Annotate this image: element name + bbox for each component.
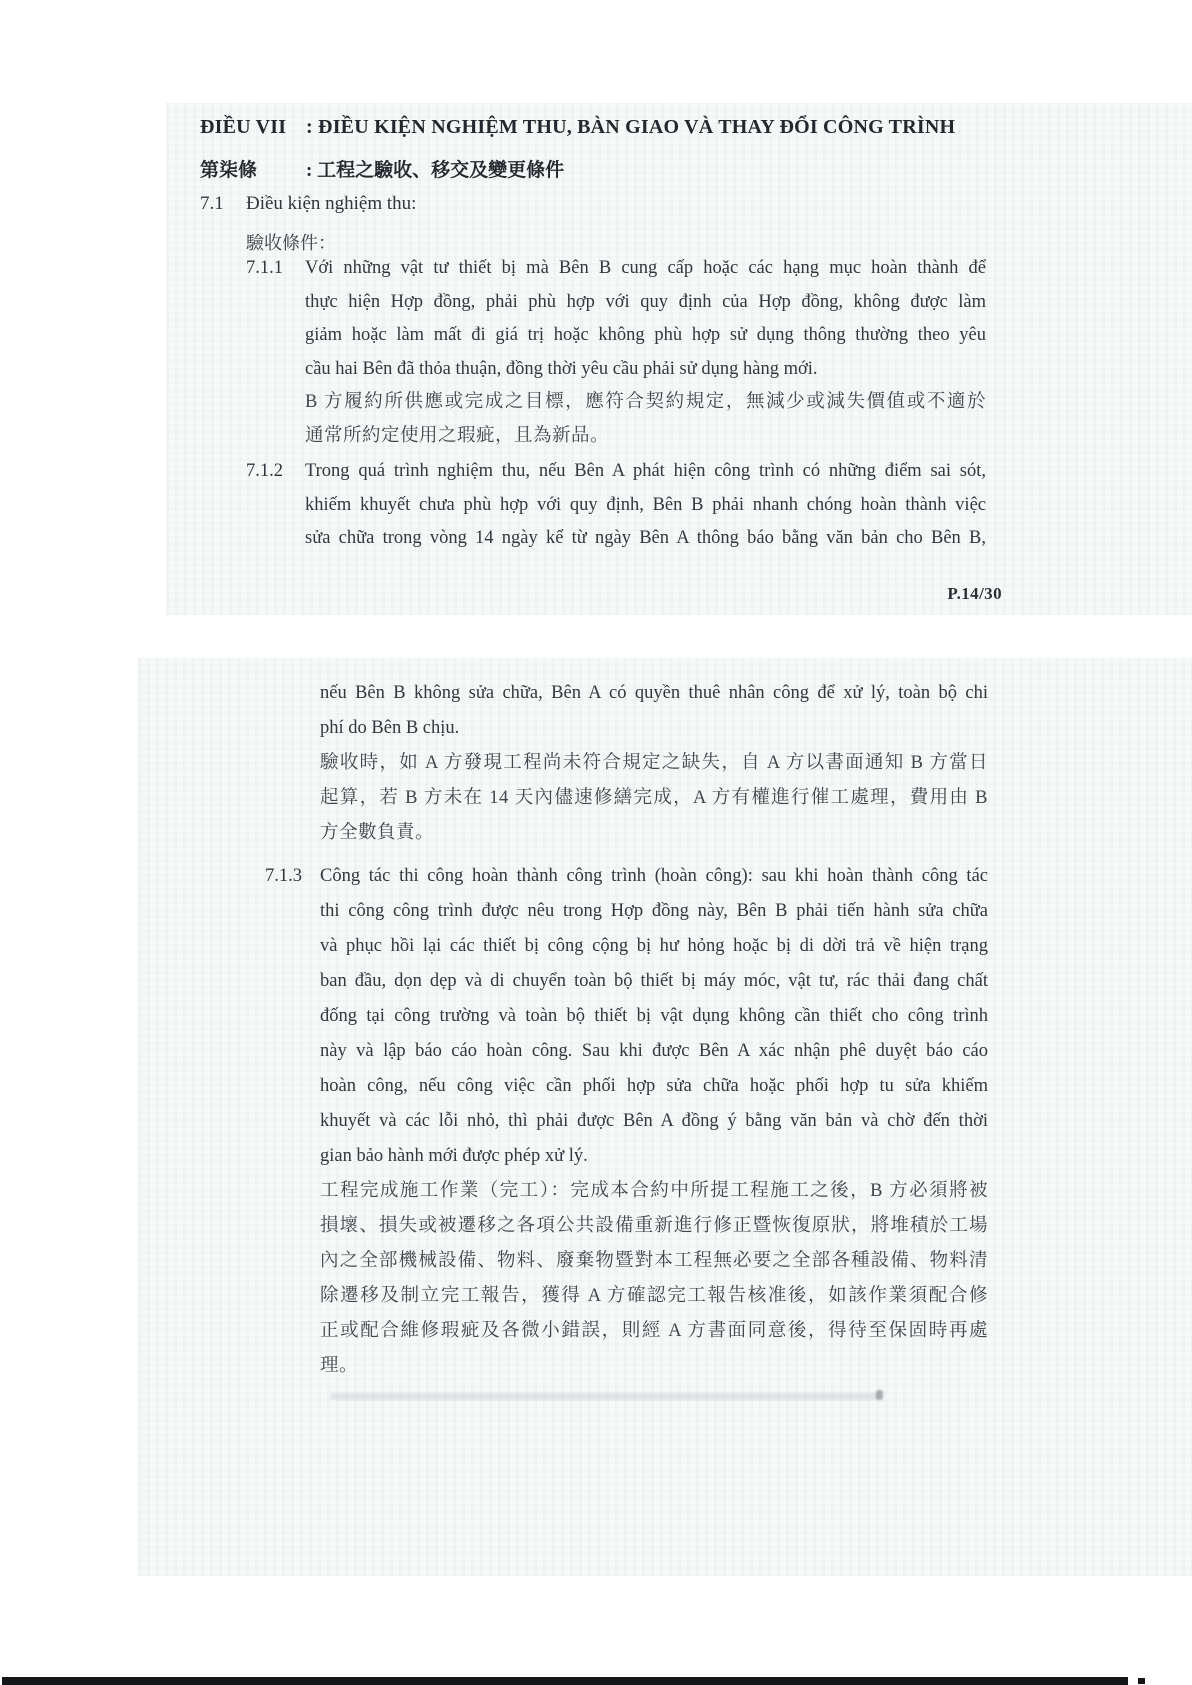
article-number-zh: 第柒條 xyxy=(200,155,306,182)
clause-7-1-1: 7.1.1 Với những vật tư thiết bị mà Bên B… xyxy=(246,252,986,454)
clause-7-1-2-continuation: nếu Bên B không sửa chữa, Bên A có quyền… xyxy=(320,676,988,851)
clause-text: Với những vật tư thiết bị mà Bên B cung … xyxy=(305,252,986,454)
text-line: ban đầu, dọn dẹp và di chuyển toàn bộ th… xyxy=(320,964,988,999)
clause-number: 7.1.2 xyxy=(246,455,305,489)
text-line: nếu Bên B không sửa chữa, Bên A có quyền… xyxy=(320,676,988,711)
article-title-zh: : 工程之驗收、移交及變更條件 xyxy=(306,155,564,182)
article-heading-zh: 第柒條 : 工程之驗收、移交及變更條件 xyxy=(200,155,1000,182)
text-line: gian bảo hành mới được phép xử lý. xyxy=(320,1139,988,1174)
text-line: 內之全部機械設備、物料、廢棄物暨對本工程無必要之全部各種設備、物料清 xyxy=(320,1244,988,1279)
text-line: giảm hoặc làm mất đi giá trị hoặc không … xyxy=(305,319,986,353)
text-line: cầu hai Bên đã thỏa thuận, đồng thời yêu… xyxy=(305,353,986,387)
clause-text: Trong quá trình nghiệm thu, nếu Bên A ph… xyxy=(305,455,986,556)
clause-7-1-2: 7.1.2 Trong quá trình nghiệm thu, nếu Bê… xyxy=(246,455,986,556)
text-line: đống tại công trường và toàn bộ thiết bị… xyxy=(320,999,988,1034)
text-line: 方全數負責。 xyxy=(320,816,988,851)
scan-artifact-faint-line xyxy=(330,1393,878,1400)
page-number: P.14/30 xyxy=(922,584,1002,604)
text-line: thi công công trình được nêu trong Hợp đ… xyxy=(320,894,988,929)
text-line: và phục hồi lại các thiết bị công cộng b… xyxy=(320,929,988,964)
text-line: 起算，若 B 方未在 14 天內儘速修繕完成，A 方有權進行催工處理，費用由 B xyxy=(320,781,988,816)
text-line: sửa chữa trong vòng 14 ngày kể từ ngày B… xyxy=(305,522,986,556)
article-heading-vi: ĐIỀU VII : ĐIỀU KIỆN NGHIỆM THU, BÀN GIA… xyxy=(200,116,1000,139)
text-line: thực hiện Hợp đồng, phải phù hợp với quy… xyxy=(305,286,986,320)
text-line: 理。 xyxy=(320,1349,988,1384)
article-title-vi: : ĐIỀU KIỆN NGHIỆM THU, BÀN GIAO VÀ THAY… xyxy=(306,116,955,139)
clause-text: Công tác thi công hoàn thành công trình … xyxy=(320,859,988,1384)
scan-artifact-dot xyxy=(876,1390,883,1400)
scan-edge-band xyxy=(2,1677,1128,1685)
text-line: này và lập báo cáo hoàn công. Sau khi đư… xyxy=(320,1034,988,1069)
scanned-contract-document: { "document": { "kind": "Bilingual Vietn… xyxy=(0,0,1192,1685)
text-line: khiếm khuyết chưa phù hợp với quy định, … xyxy=(305,489,986,523)
text-line: hoàn công, nếu công việc cần phối hợp sử… xyxy=(320,1069,988,1104)
text-line: 通常所約定使用之瑕疵，且為新品。 xyxy=(305,420,986,454)
text-line: B 方履約所供應或完成之目標，應符合契約規定，無減少或減失價值或不適於 xyxy=(305,386,986,420)
scan-edge-band-fragment xyxy=(1138,1678,1145,1684)
text-line: 正或配合維修瑕疵及各微小錯誤，則經 A 方書面同意後，得待至保固時再處 xyxy=(320,1314,988,1349)
text-line: 驗收時，如 A 方發現工程尚未符合規定之缺失，自 A 方以書面通知 B 方當日 xyxy=(320,746,988,781)
text-line: Công tác thi công hoàn thành công trình … xyxy=(320,859,988,894)
text-line: khuyết và các lỗi nhỏ, thì phải được Bên… xyxy=(320,1104,988,1139)
text-line: Trong quá trình nghiệm thu, nếu Bên A ph… xyxy=(305,455,986,489)
text-line: phí do Bên B chịu. xyxy=(320,711,988,746)
section-7-1: 7.1 Điều kiện nghiệm thu: xyxy=(200,193,900,215)
section-title-vi: Điều kiện nghiệm thu: xyxy=(246,193,416,215)
text-line: 工程完成施工作業（完工）：完成本合約中所提工程施工之後，B 方必須將被 xyxy=(320,1174,988,1209)
clause-number: 7.1.1 xyxy=(246,252,305,286)
clause-7-1-3: 7.1.3 Công tác thi công hoàn thành công … xyxy=(265,859,988,1384)
article-number-vi: ĐIỀU VII xyxy=(200,116,306,139)
clause-number: 7.1.3 xyxy=(265,859,320,894)
text-line: 除遷移及制立完工報告，獲得 A 方確認完工報告核准後，如該作業須配合修 xyxy=(320,1279,988,1314)
text-line: Với những vật tư thiết bị mà Bên B cung … xyxy=(305,252,986,286)
section-number: 7.1 xyxy=(200,193,246,215)
text-line: 損壞、損失或被遷移之各項公共設備重新進行修正暨恢復原狀，將堆積於工場 xyxy=(320,1209,988,1244)
